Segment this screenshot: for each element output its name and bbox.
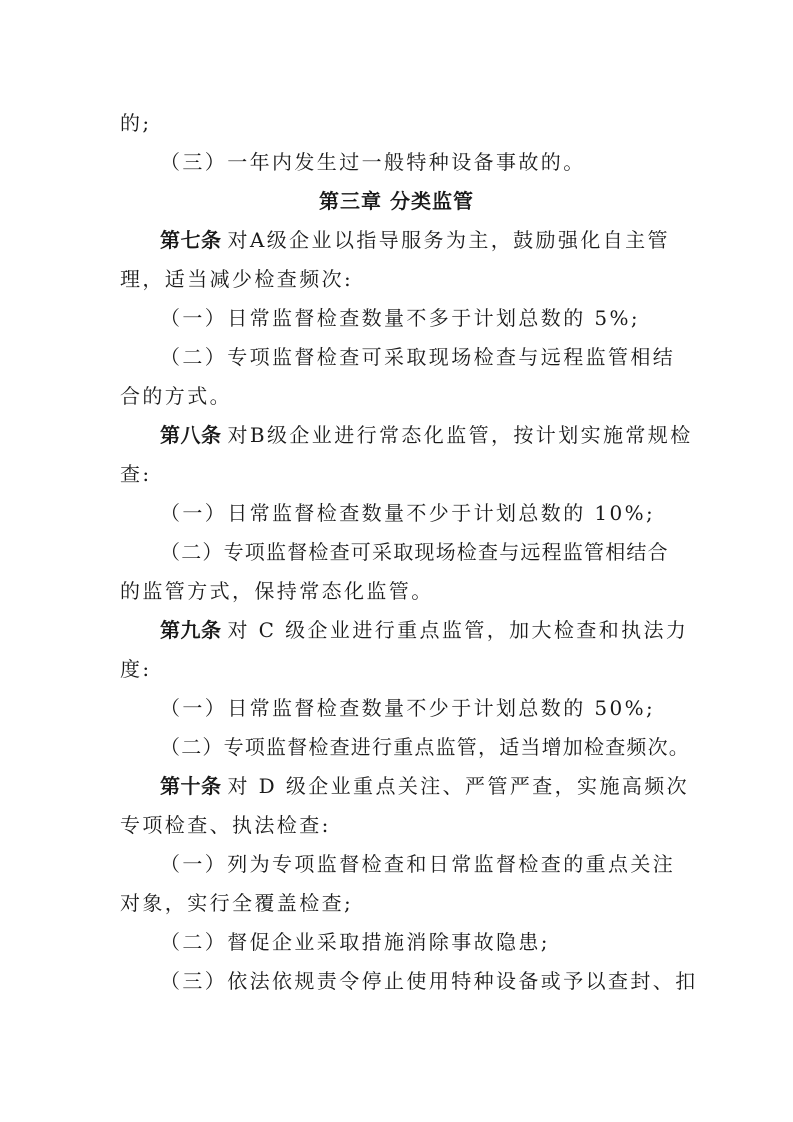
paragraph-line: 专项检查、执法检查: [120, 806, 673, 845]
list-item: （一）日常监督检查数量不多于计划总数的 5%; [120, 299, 673, 338]
article-text: 对 D 级企业重点关注、严管严查，实施高频次 [228, 774, 690, 798]
paragraph-line: 对象，实行全覆盖检查; [120, 884, 673, 923]
paragraph-line: 的; [120, 104, 673, 143]
document-page: 的; （三）一年内发生过一般特种设备事故的。 第三章 分类监管 第七条对A级企业… [120, 104, 673, 1001]
article-label: 第八条 [160, 423, 222, 447]
article-8: 第八条对B级企业进行常态化监管，按计划实施常规检 [120, 416, 673, 455]
article-text: 对B级企业进行常态化监管，按计划实施常规检 [228, 423, 693, 447]
article-10: 第十条对 D 级企业重点关注、严管严查，实施高频次 [120, 767, 673, 806]
article-label: 第七条 [160, 228, 222, 252]
list-item: （二）专项监督检查可采取现场检查与远程监管相结合 [120, 533, 673, 572]
list-item: （二）督促企业采取措施消除事故隐患; [120, 923, 673, 962]
article-text: 对A级企业以指导服务为主，鼓励强化自主管 [228, 228, 670, 252]
article-7: 第七条对A级企业以指导服务为主，鼓励强化自主管 [120, 221, 673, 260]
paragraph-line: 理，适当减少检查频次: [120, 260, 673, 299]
article-text: 对 C 级企业进行重点监管，加大检查和执法力 [228, 618, 689, 642]
list-item: （二）专项监督检查进行重点监管，适当增加检查频次。 [120, 728, 673, 767]
paragraph-line: 的监管方式，保持常态化监管。 [120, 572, 673, 611]
article-9: 第九条对 C 级企业进行重点监管，加大检查和执法力 [120, 611, 673, 650]
article-label: 第九条 [160, 618, 222, 642]
article-label: 第十条 [160, 774, 222, 798]
list-item: （一）列为专项监督检查和日常监督检查的重点关注 [120, 845, 673, 884]
list-item: （三）依法依规责令停止使用特种设备或予以查封、扣 [120, 962, 673, 1001]
paragraph-line: 度: [120, 650, 673, 689]
list-item: （二）专项监督检查可采取现场检查与远程监管相结 [120, 338, 673, 377]
chapter-heading: 第三章 分类监管 [120, 182, 673, 221]
paragraph-line: 合的方式。 [120, 377, 673, 416]
list-item: （一）日常监督检查数量不少于计划总数的 10%; [120, 494, 673, 533]
list-item: （一）日常监督检查数量不少于计划总数的 50%; [120, 689, 673, 728]
list-item: （三）一年内发生过一般特种设备事故的。 [120, 143, 673, 182]
paragraph-line: 查: [120, 455, 673, 494]
